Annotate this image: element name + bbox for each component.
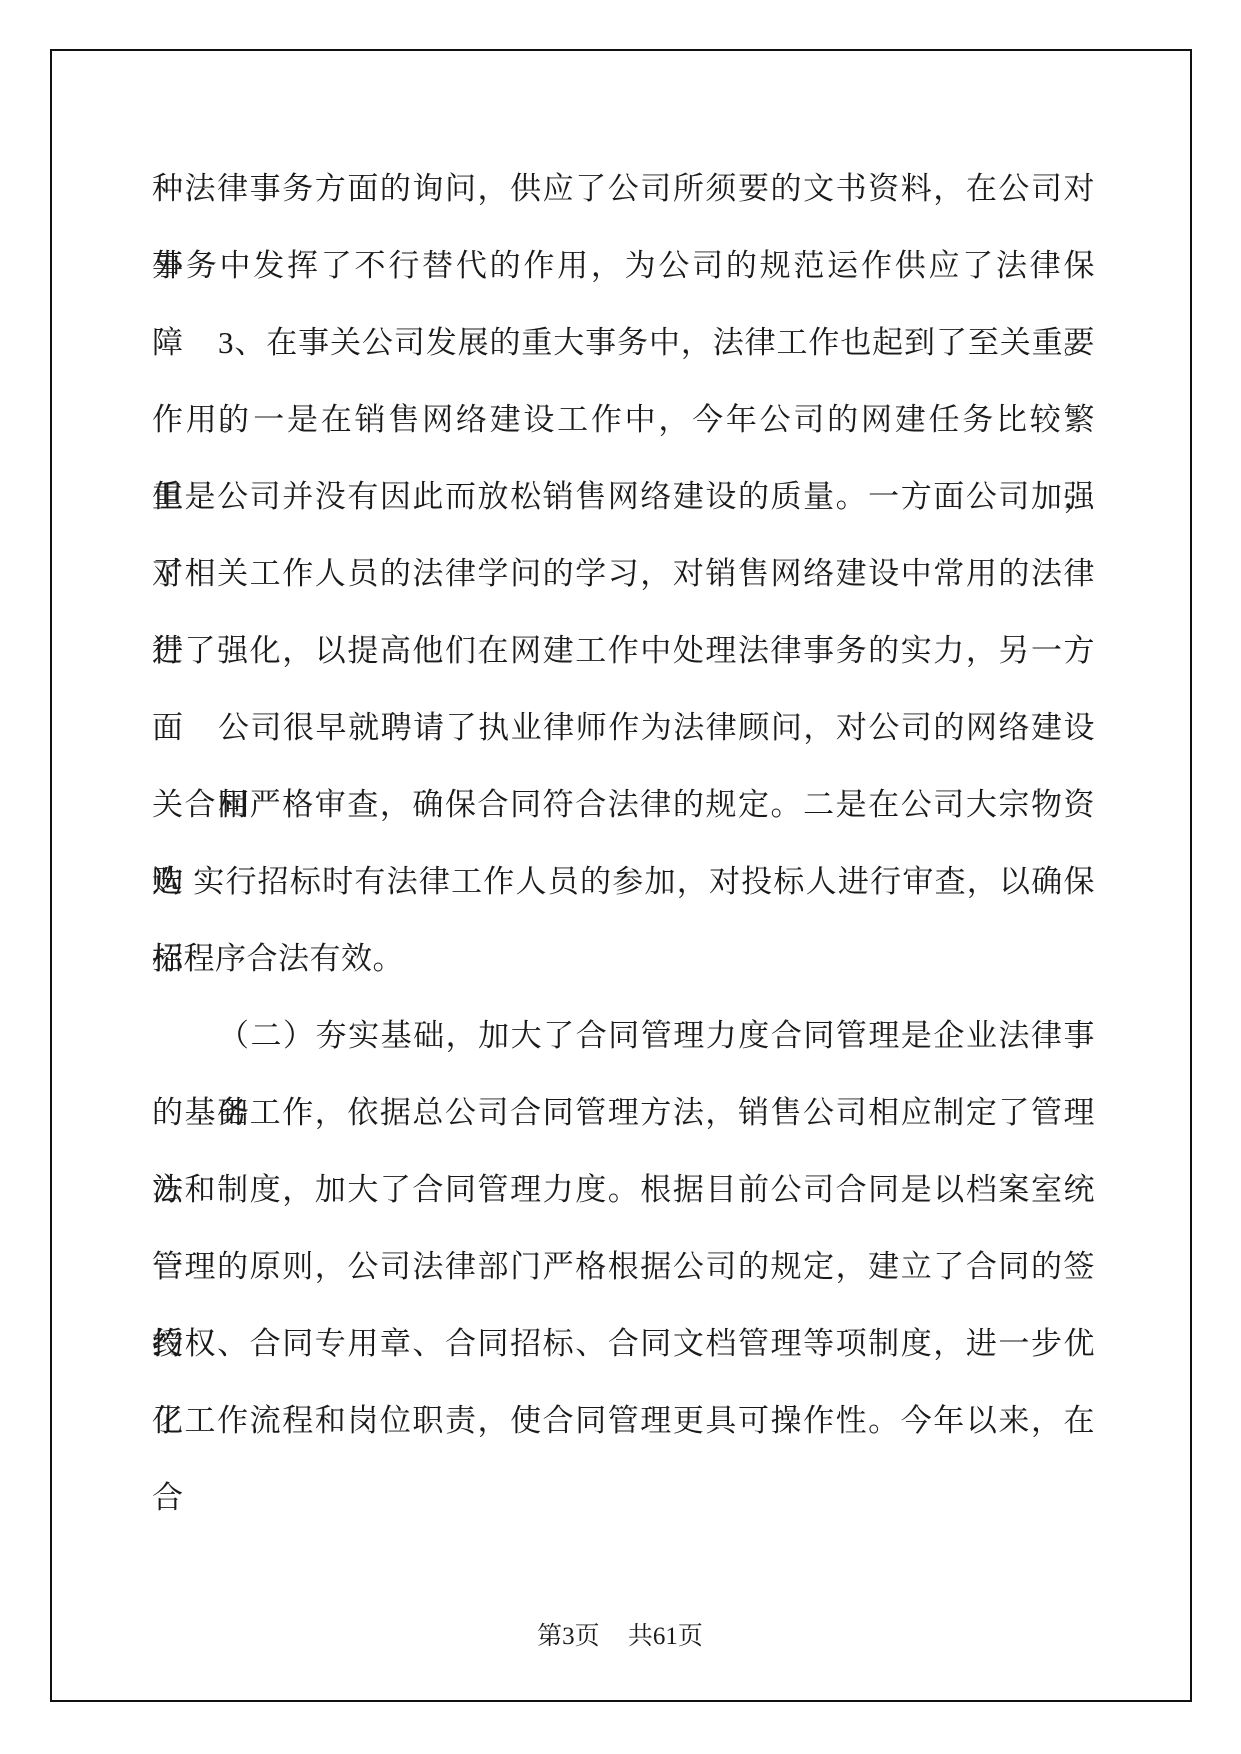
text-line-2: 事务中发挥了不行替代的作用，为公司的规范运作供应了法律保障。 bbox=[152, 227, 1095, 304]
text-line-6: 对相关工作人员的法律学问的学习，对销售网络建设中常用的法律进 bbox=[152, 535, 1095, 612]
text-line-16: 授权、合同专用章、合同招标、合同文档管理等项制度，进一步优化 bbox=[152, 1305, 1095, 1382]
text-line-10: 购 实行招标时有法律工作人员的参加，对投标人进行审查，以确保招 bbox=[152, 843, 1095, 920]
footer-total-pages: 共61页 bbox=[628, 1619, 703, 1655]
text-line-11: 标程序合法有效。 bbox=[152, 920, 1095, 997]
document-page: 种法律事务方面的询问，供应了公司所须要的文书资料，在公司对外事务中发挥了不行替代… bbox=[0, 0, 1241, 1754]
text-line-8: 公司很早就聘请了执业律师作为法律顾问，对公司的网络建设相 bbox=[152, 689, 1095, 766]
page-footer: 第3页 共61页 bbox=[50, 1619, 1190, 1655]
text-line-17: 了工作流程和岗位职责，使合同管理更具可操作性。今年以来，在合 bbox=[152, 1382, 1095, 1459]
text-line-5: 但是公司并没有因此而放松销售网络建设的质量。一方面公司加强了 bbox=[152, 458, 1095, 535]
text-line-14: 法和制度，加大了合同管理力度。根据目前公司合同是以档案室统一 bbox=[152, 1151, 1095, 1228]
text-line-15: 管理的原则，公司法律部门严格根据公司的规定，建立了合同的签约 bbox=[152, 1228, 1095, 1305]
text-line-9: 关合同严格审查，确保合同符合法律的规定。二是在公司大宗物资选 bbox=[152, 766, 1095, 843]
footer-current-page: 第3页 bbox=[537, 1619, 600, 1655]
text-line-7: 行了强化，以提高他们在网建工作中处理法律事务的实力，另一方面 bbox=[152, 612, 1095, 689]
text-line-12: （二）夯实基础，加大了合同管理力度合同管理是企业法律事务 bbox=[152, 997, 1095, 1074]
text-line-13: 的基础工作，依据总公司合同管理方法，销售公司相应制定了管理方 bbox=[152, 1074, 1095, 1151]
text-line-4: 作用。一是在销售网络建设工作中，今年公司的网建任务比较繁重， bbox=[152, 381, 1095, 458]
text-line-1: 种法律事务方面的询问，供应了公司所须要的文书资料，在公司对外 bbox=[152, 150, 1095, 227]
text-line-3: 3、在事关公司发展的重大事务中，法律工作也起到了至关重要的 bbox=[152, 304, 1095, 381]
document-lines: 种法律事务方面的询问，供应了公司所须要的文书资料，在公司对外事务中发挥了不行替代… bbox=[152, 150, 1095, 1459]
